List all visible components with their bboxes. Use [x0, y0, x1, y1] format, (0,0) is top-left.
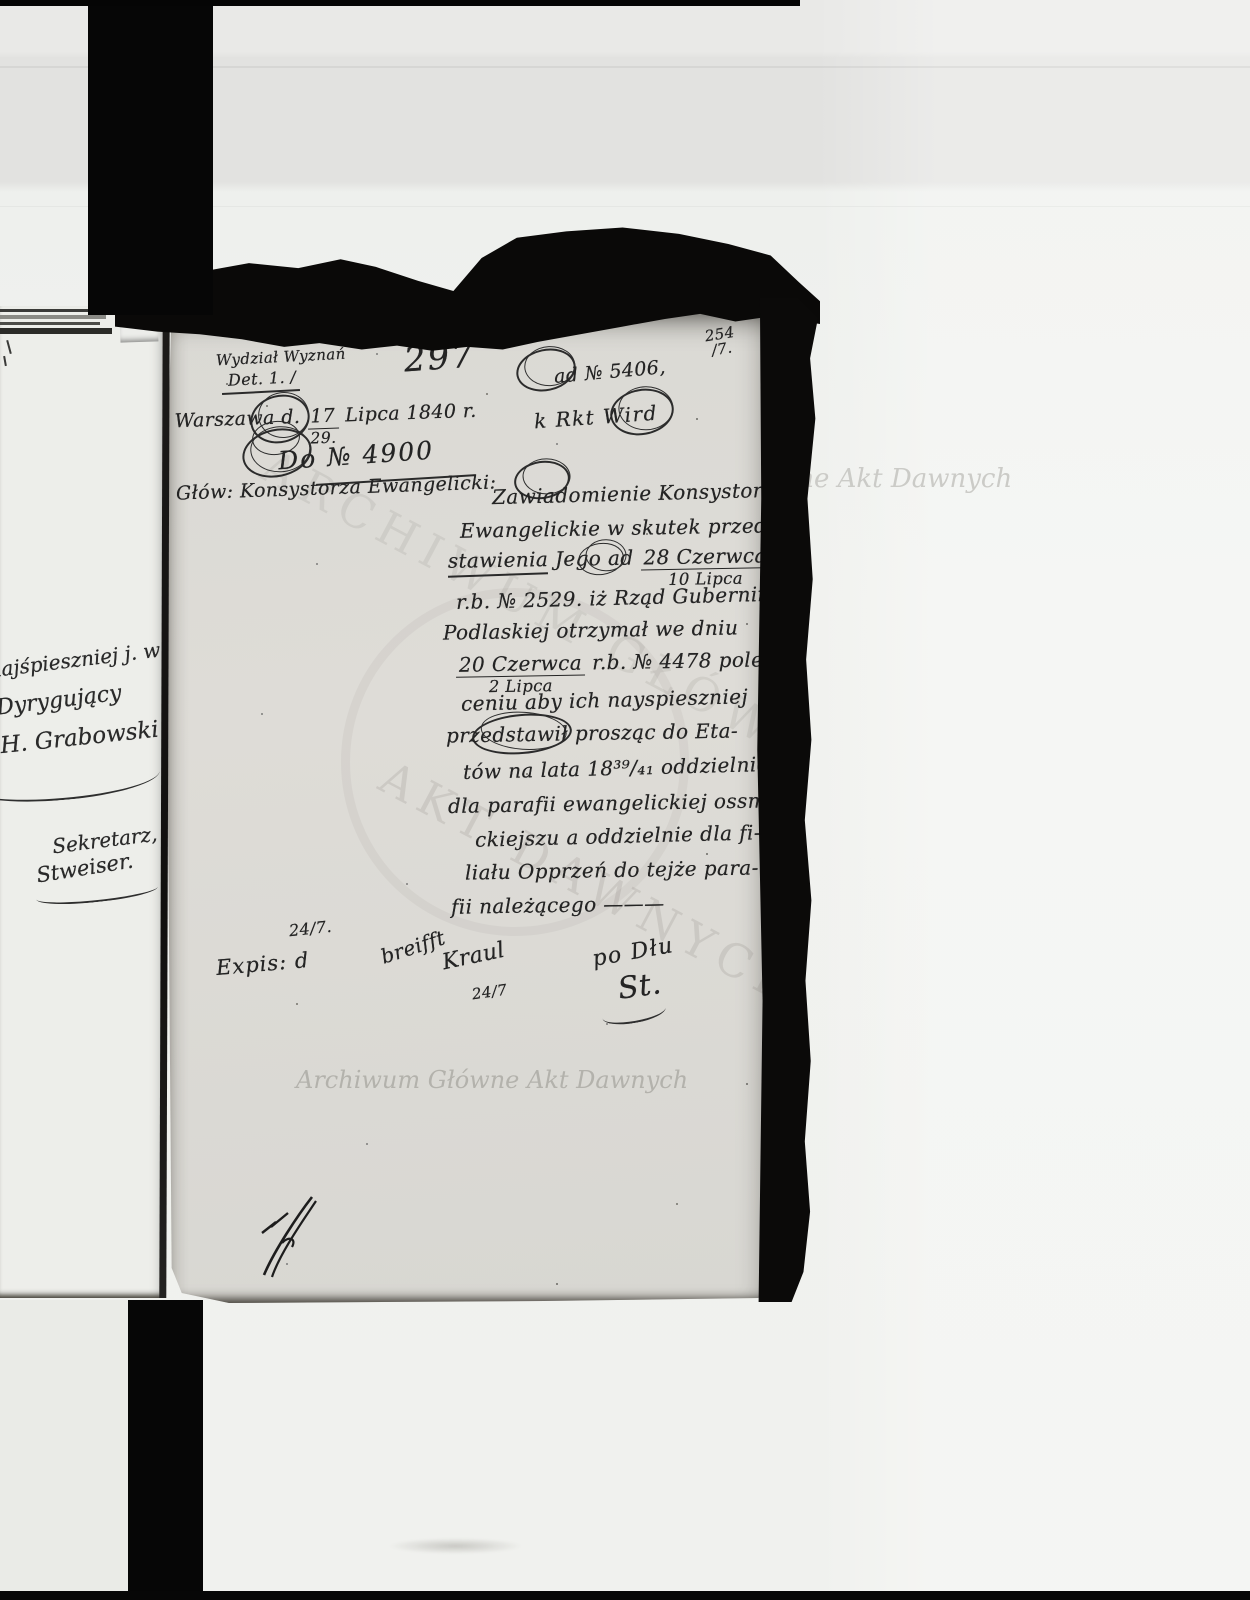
scanner-black-strip	[0, 1591, 1250, 1600]
scanner-black-strip	[0, 0, 800, 6]
page-stack-edge	[0, 328, 112, 334]
date-rest: Lipca 1840 r.	[345, 402, 477, 427]
copy-note: Expis: d	[215, 949, 310, 979]
manuscript-line: liału Opprzeń do tejże para-	[465, 857, 759, 883]
dark-page-edge	[752, 298, 818, 1302]
scanner-bright-area	[815, 0, 1250, 1600]
signature-grabowski: l. H. Grabowski	[0, 717, 160, 762]
archive-watermark-fragment: wne Akt Dawnych	[775, 464, 1012, 494]
manuscript-line: dla parafii ewangelickiej ossma-	[448, 790, 787, 817]
manuscript-line: Podlaskiej otrzymał we dniu	[443, 617, 739, 643]
underlying-page	[0, 1300, 128, 1592]
archive-watermark: Archiwum Główne Akt Dawnych	[296, 1066, 688, 1094]
folio-number: 254 /7.	[704, 325, 738, 359]
manuscript-line: ckiejszu a oddzielnie dla fi-	[475, 822, 761, 850]
manuscript-line: przedstawił prosząc do Eta-	[446, 720, 738, 746]
copy-date: 24/7.	[288, 919, 333, 940]
scanner-smudge	[388, 1538, 523, 1554]
dept-note: Wydział Wyznań	[216, 347, 346, 370]
ink-flourish	[0, 750, 161, 809]
page-stack-edge	[0, 322, 100, 325]
page-stack-edge	[0, 315, 106, 319]
manuscript-fragment: najśpieszniej j. w	[0, 638, 162, 683]
signature-date: 24/7	[471, 983, 508, 1004]
manuscript-line: Ewangelickie w skutek przed-	[460, 515, 775, 541]
signature-initials: St.	[616, 968, 663, 1005]
signature-note: po Dłu	[591, 934, 676, 971]
signature: breifft	[378, 927, 447, 967]
page-stack-edge	[0, 309, 95, 312]
scanner-black-bar	[88, 0, 213, 315]
document-scan: wne Akt Dawnych najśpieszniej j. w · Dyr…	[0, 0, 1250, 1600]
ink-mark	[3, 356, 7, 366]
ink-mark	[6, 340, 12, 354]
manuscript-line: tów na lata 18³⁹/₄₁ oddzielnie	[463, 754, 769, 783]
manuscript-page: ARCHIWUM GŁÓWNE AKT DAWNYCH Archiwum Głó…	[166, 303, 796, 1303]
pen-check-mark	[250, 1189, 328, 1281]
date-fraction: 17 29.	[307, 407, 339, 448]
manuscript-fragment: · Dyrygujący	[0, 681, 123, 723]
manuscript-line: fii należącego ———	[451, 893, 665, 918]
folio-number-bottom: /7.	[706, 340, 738, 359]
scanner-black-bar	[128, 1300, 203, 1600]
left-partial-page: najśpieszniej j. w · Dyrygujący l. H. Gr…	[0, 306, 163, 1298]
ink-flourish	[601, 998, 668, 1029]
dept-note: Det. 1. /	[228, 369, 297, 389]
signature-kraul: Kraul	[440, 939, 507, 975]
manuscript-line: r.b. № 2529. iż Rząd Gubernii	[456, 584, 765, 613]
manuscript-line: Zawiadomienie Konsystorskiej	[492, 479, 796, 508]
